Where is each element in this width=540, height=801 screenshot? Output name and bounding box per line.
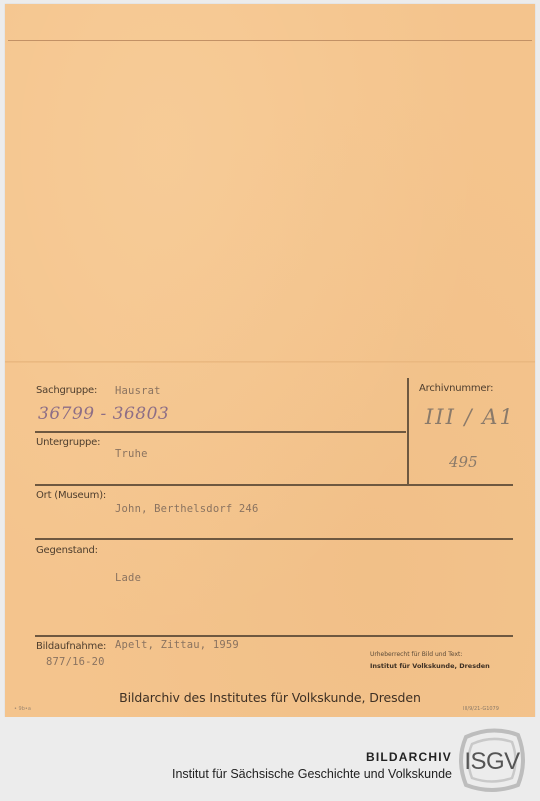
banner-title: BILDARCHIV (366, 750, 452, 764)
isgv-logo-icon: ISGV (456, 727, 528, 793)
bildaufnahme-number: 877/16-20 (46, 656, 105, 668)
rule-ort (35, 538, 513, 540)
bildaufnahme-value: Apelt, Zittau, 1959 (115, 639, 239, 651)
archivnummer-label: Archivnummer: (419, 383, 493, 394)
sachgruppe-label: Sachgruppe: (36, 385, 97, 396)
archivnummer-line1: III / A1 (425, 405, 515, 429)
copyright-owner: Institut für Volkskunde, Dresden (370, 662, 490, 670)
ort-value: John, Berthelsdorf 246 (115, 503, 258, 515)
gegenstand-label: Gegenstand: (36, 545, 98, 556)
print-code: III/9/21-G1079 (463, 706, 499, 712)
ort-label: Ort (Museum): (36, 490, 106, 501)
archive-record-card (5, 4, 535, 717)
top-fold-line (8, 40, 532, 41)
archivnummer-line2: 495 (449, 453, 478, 471)
inventory-range-handwritten: 36799 - 36803 (38, 404, 169, 424)
rule-sachgruppe (35, 431, 406, 433)
rule-gegenstand (35, 635, 513, 637)
print-mark: • 9b•a (14, 706, 31, 712)
middle-fold (5, 361, 535, 363)
archive-number-divider (407, 378, 409, 485)
card-footer-title: Bildarchiv des Institutes für Volkskunde… (0, 690, 540, 705)
sachgruppe-value: Hausrat (115, 385, 161, 397)
copyright-label: Urheberrecht für Bild und Text: (370, 651, 462, 658)
rule-untergruppe (35, 484, 513, 486)
untergruppe-label: Untergruppe: (36, 437, 100, 448)
svg-text:ISGV: ISGV (464, 748, 520, 775)
untergruppe-value: Truhe (115, 448, 148, 460)
gegenstand-value: Lade (115, 572, 141, 584)
bildaufnahme-label: Bildaufnahme: (36, 641, 106, 652)
banner-subtitle: Institut für Sächsische Geschichte und V… (172, 767, 452, 781)
